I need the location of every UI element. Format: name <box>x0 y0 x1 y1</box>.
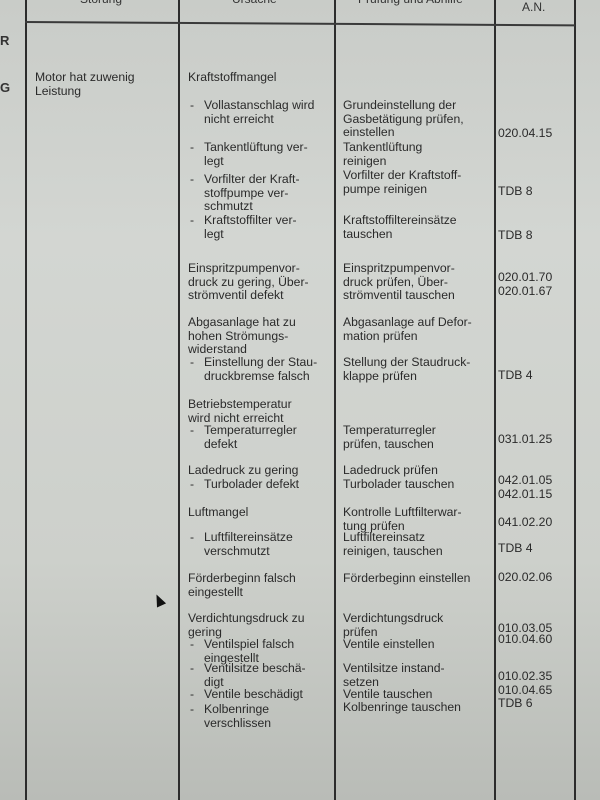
pruefung-cell: Vorfilter der Kraftstoff-pumpe reinigen <box>343 169 461 196</box>
pruefung-cell: Förderbeginn einstellen <box>343 572 470 586</box>
text-line: Luftmangel <box>188 506 248 520</box>
pruefung-cell: Ladedruck prüfenTurbolader tauschen <box>343 464 454 491</box>
ursache-cell: Betriebstemperaturwird nicht erreicht <box>188 398 292 425</box>
stoerung-cell: Motor hat zuwenig Leistung <box>35 71 135 98</box>
text-line: defekt <box>188 438 297 452</box>
text-line: 031.01.25 <box>498 433 552 447</box>
text-line: eingestellt <box>188 586 296 600</box>
text-line: Kraftstoffmangel <box>188 71 277 85</box>
an-cell: TDB 4 <box>498 542 533 556</box>
text-line: druck prüfen, Über- <box>343 276 455 290</box>
an-cell: TDB 8 <box>498 185 533 199</box>
ursache-cell: -Vollastanschlag wirdnicht erreicht <box>188 99 314 126</box>
sub-item: -Vorfilter der Kraft- <box>188 173 300 187</box>
text-line: verschlissen <box>188 717 271 731</box>
bullet-dash: - <box>190 141 194 155</box>
bullet-dash: - <box>190 356 194 370</box>
text-line: reinigen <box>343 155 422 169</box>
text-line: prüfen, tauschen <box>343 438 436 452</box>
ursache-cell: Verdichtungsdruck zugering <box>188 612 305 639</box>
sub-item: -Kolbenringe <box>188 703 271 717</box>
pruefung-cell: Kolbenringe tauschen <box>343 701 461 715</box>
sub-item-text: Luftfiltereinsätze <box>204 530 293 544</box>
ursache-cell: -Kraftstoffilter ver-legt <box>188 214 297 241</box>
text-line: Turbolader tauschen <box>343 478 454 492</box>
text-line: hohen Strömungs- <box>188 330 296 344</box>
text-line: reinigen, tauschen <box>343 545 443 559</box>
text-line: mation prüfen <box>343 330 472 344</box>
header-stoerung: Störung <box>80 0 122 6</box>
an-cell: 042.01.05042.01.15 <box>498 474 552 501</box>
document-page: Störung Ursache Prüfung und Abhilfe A.N.… <box>0 0 600 800</box>
an-cell: TDB 8 <box>498 229 533 243</box>
bullet-dash: - <box>190 638 194 652</box>
sub-item: -Kraftstoffilter ver- <box>188 214 297 228</box>
header-divider <box>25 21 575 26</box>
stoerung-line: Motor hat zuwenig <box>35 71 135 85</box>
stoerung-line: Leistung <box>35 85 135 99</box>
pruefung-cell: Verdichtungsdruckprüfen <box>343 612 443 639</box>
text-line: Kraftstoffiltereinsätze <box>343 214 457 228</box>
sub-item: -Temperaturregler <box>188 424 297 438</box>
pruefung-cell: Temperaturreglerprüfen, tauschen <box>343 424 436 451</box>
pruefung-cell: Grundeinstellung derGasbetätigung prüfen… <box>343 99 464 140</box>
sub-item-text: Vorfilter der Kraft- <box>204 172 300 186</box>
text-line: 020.02.06 <box>498 571 552 585</box>
an-cell: TDB 4 <box>498 369 533 383</box>
bullet-dash: - <box>190 214 194 228</box>
bullet-dash: - <box>190 424 194 438</box>
text-line: strömventil defekt <box>188 289 309 303</box>
ursache-cell: -Vorfilter der Kraft-stoffpumpe ver-schm… <box>188 173 300 214</box>
ursache-cell: -Einstellung der Stau-druckbremse falsch <box>188 356 317 383</box>
sub-item: -Luftfiltereinsätze <box>188 531 293 545</box>
sub-item: -Tankentlüftung ver- <box>188 141 308 155</box>
bullet-dash: - <box>190 531 194 545</box>
text-line: Verdichtungsdruck <box>343 612 443 626</box>
an-cell: 020.01.70020.01.67 <box>498 271 552 298</box>
text-line: druck zu gering, Über- <box>188 276 309 290</box>
pruefung-cell: Ventile einstellen <box>343 638 434 652</box>
bullet-dash: - <box>190 173 194 187</box>
text-line: Tankentlüftung <box>343 141 422 155</box>
text-line: tauschen <box>343 228 457 242</box>
sub-item-text: Temperaturregler <box>204 423 297 437</box>
text-line: 042.01.15 <box>498 488 552 502</box>
ursache-cell: -Ventile beschädigt <box>188 688 303 702</box>
text-line: Ventile einstellen <box>343 638 434 652</box>
text-line: Verdichtungsdruck zu <box>188 612 305 626</box>
text-line: legt <box>188 155 308 169</box>
an-cell: 020.04.15 <box>498 127 552 141</box>
text-line: Förderbeginn einstellen <box>343 572 470 586</box>
text-line: TDB 8 <box>498 185 533 199</box>
ursache-cell: Förderbeginn falscheingestellt <box>188 572 296 599</box>
pruefung-cell: Tankentlüftungreinigen <box>343 141 422 168</box>
text-line: TDB 8 <box>498 229 533 243</box>
text-line: Betriebstemperatur <box>188 398 292 412</box>
sub-item: -Ventilsitze beschä- <box>188 662 306 676</box>
sub-item: -Ventile beschädigt <box>188 688 303 702</box>
pruefung-cell: Luftfiltereinsatzreinigen, tauschen <box>343 531 443 558</box>
header-ursache: Ursache <box>232 0 277 6</box>
bullet-dash: - <box>190 662 194 676</box>
text-line: einstellen <box>343 126 464 140</box>
text-line: 042.01.05 <box>498 474 552 488</box>
text-line: Ventilsitze instand- <box>343 662 445 676</box>
pruefung-cell: Kraftstoffiltereinsätzetauschen <box>343 214 457 241</box>
an-cell: 010.02.35 <box>498 670 552 684</box>
sub-item: -Ventilspiel falsch <box>188 638 294 652</box>
text-line: Temperaturregler <box>343 424 436 438</box>
text-line: Einspritzpumpenvor- <box>188 262 309 276</box>
ursache-cell: -Temperaturreglerdefekt <box>188 424 297 451</box>
column-divider <box>334 0 336 800</box>
text-line: TDB 6 <box>498 697 533 711</box>
ursache-cell: Ladedruck zu gering-Turbolader defekt <box>188 464 299 491</box>
an-cell: 020.02.06 <box>498 571 552 585</box>
text-line: 020.01.70 <box>498 271 552 285</box>
ursache-cell: Abgasanlage hat zuhohen Strömungs-widers… <box>188 316 296 357</box>
ursache-cell: -Tankentlüftung ver-legt <box>188 141 308 168</box>
text-line: Einspritzpumpenvor- <box>343 262 455 276</box>
text-line: Abgasanlage auf Defor- <box>343 316 472 330</box>
text-line: Kontrolle Luftfilterwar- <box>343 506 462 520</box>
sub-item-text: Einstellung der Stau- <box>204 355 317 369</box>
text-line: Förderbeginn falsch <box>188 572 296 586</box>
text-line: druckbremse falsch <box>188 370 317 384</box>
bullet-dash: - <box>190 703 194 717</box>
sub-item: -Turbolader defekt <box>188 478 299 492</box>
pruefung-cell: Abgasanlage auf Defor-mation prüfen <box>343 316 472 343</box>
text-line: 041.02.20 <box>498 516 552 530</box>
text-line: 010.04.60 <box>498 633 552 647</box>
bullet-dash: - <box>190 99 194 113</box>
pruefung-cell: Stellung der Staudruck-klappe prüfen <box>343 356 470 383</box>
ursache-cell: Kraftstoffmangel <box>188 71 277 85</box>
text-line: Grundeinstellung der <box>343 99 464 113</box>
text-line: Gasbetätigung prüfen, <box>343 113 464 127</box>
text-line: verschmutzt <box>188 545 293 559</box>
text-line: TDB 4 <box>498 369 533 383</box>
text-line: stoffpumpe ver- <box>188 187 300 201</box>
text-line: Kolbenringe tauschen <box>343 701 461 715</box>
text-line: Abgasanlage hat zu <box>188 316 296 330</box>
sub-item-text: Turbolader defekt <box>204 477 299 491</box>
ursache-cell: -Ventilsitze beschä-digt <box>188 662 306 689</box>
header-an: A.N. <box>522 0 545 14</box>
an-cell: 010.04.60 <box>498 633 552 647</box>
text-line: pumpe reinigen <box>343 183 461 197</box>
sub-item-text: Kolbenringe <box>204 702 269 716</box>
text-line: schmutzt <box>188 200 300 214</box>
sub-item: -Vollastanschlag wird <box>188 99 314 113</box>
text-line: nicht erreicht <box>188 113 314 127</box>
an-cell: 031.01.25 <box>498 433 552 447</box>
text-line: TDB 4 <box>498 542 533 556</box>
column-divider <box>494 0 496 800</box>
text-line: Vorfilter der Kraftstoff- <box>343 169 461 183</box>
text-line: klappe prüfen <box>343 370 470 384</box>
text-line: legt <box>188 228 297 242</box>
column-divider <box>25 0 27 800</box>
ursache-cell: -Luftfiltereinsätzeverschmutzt <box>188 531 293 558</box>
an-cell: TDB 6 <box>498 697 533 711</box>
sub-item-text: Vollastanschlag wird <box>204 98 314 112</box>
sub-item-text: Kraftstoffilter ver- <box>204 213 297 227</box>
margin-mark: G <box>0 80 10 95</box>
sub-item: -Einstellung der Stau- <box>188 356 317 370</box>
text-line: 020.01.67 <box>498 285 552 299</box>
text-line: Stellung der Staudruck- <box>343 356 470 370</box>
text-line: strömventil tauschen <box>343 289 455 303</box>
sub-item-text: Ventilspiel falsch <box>204 637 294 651</box>
pruefung-cell: Ventilsitze instand-setzen <box>343 662 445 689</box>
text-line: 020.04.15 <box>498 127 552 141</box>
ursache-cell: Einspritzpumpenvor-druck zu gering, Über… <box>188 262 309 303</box>
text-line: Luftfiltereinsatz <box>343 531 443 545</box>
column-divider <box>574 0 576 800</box>
ursache-cell: Luftmangel <box>188 506 248 520</box>
text-line: Ladedruck zu gering <box>188 464 299 478</box>
margin-mark: R <box>0 33 9 48</box>
ursache-cell: -Kolbenringeverschlissen <box>188 703 271 730</box>
bullet-dash: - <box>190 688 194 702</box>
mouse-cursor-icon <box>152 592 166 607</box>
sub-item-text: Ventile beschädigt <box>204 687 303 701</box>
sub-item-text: Ventilsitze beschä- <box>204 661 306 675</box>
an-cell: 041.02.20 <box>498 516 552 530</box>
pruefung-cell: Einspritzpumpenvor-druck prüfen, Über-st… <box>343 262 455 303</box>
sub-item-text: Tankentlüftung ver- <box>204 140 308 154</box>
text-line: Ladedruck prüfen <box>343 464 454 478</box>
text-line: 010.02.35 <box>498 670 552 684</box>
header-pruefung: Prüfung und Abhilfe <box>358 0 463 6</box>
bullet-dash: - <box>190 478 194 492</box>
column-divider <box>178 0 180 800</box>
